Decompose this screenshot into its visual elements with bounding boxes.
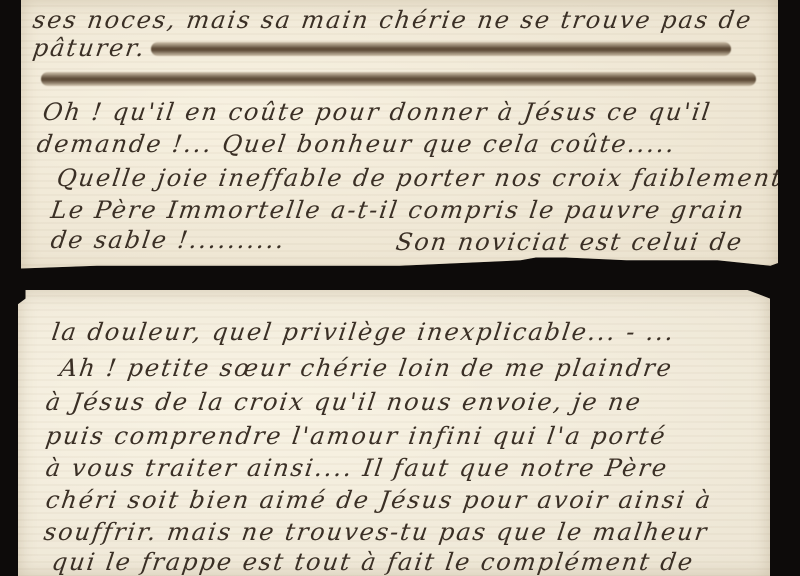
handwritten-line: Ah ! petite sœur chérie loin de me plain… xyxy=(58,354,675,382)
handwritten-line: Quelle joie ineffable de porter nos croi… xyxy=(55,164,785,192)
handwritten-line: pâturer. xyxy=(31,34,148,62)
handwritten-line: chéri soit bien aimé de Jésus pour avoir… xyxy=(44,486,714,514)
handwritten-line: à vous traiter ainsi.... Il faut que not… xyxy=(44,454,670,482)
strikethrough-line xyxy=(151,42,731,56)
manuscript-scan: ses noces, mais sa main chérie ne se tro… xyxy=(0,0,800,576)
strikethrough-line xyxy=(41,72,756,86)
handwritten-line: souffrir. mais ne trouves-tu pas que le … xyxy=(42,518,710,546)
paper-fragment-top: ses noces, mais sa main chérie ne se tro… xyxy=(21,0,778,274)
handwritten-line: Son noviciat est celui de xyxy=(394,228,745,256)
handwritten-line: à Jésus de la croix qu'il nous envoie, j… xyxy=(44,388,644,416)
handwritten-line: Oh ! qu'il en coûte pour donner à Jésus … xyxy=(41,98,713,126)
handwritten-line: Le Père Immortelle a-t-il compris le pau… xyxy=(49,196,747,224)
handwritten-line: puis comprendre l'amour infini qui l'a p… xyxy=(44,422,668,450)
handwritten-line: demande !... Quel bonheur que cela coûte… xyxy=(35,130,678,158)
paper-fragment-bottom: la douleur, quel privilège inexplicable.… xyxy=(18,290,770,576)
handwritten-line: de sable !.......... xyxy=(49,226,288,254)
handwritten-line: ses noces, mais sa main chérie ne se tro… xyxy=(31,6,754,34)
handwritten-line: la douleur, quel privilège inexplicable.… xyxy=(50,318,677,346)
handwritten-line: qui le frappe est tout à fait le complém… xyxy=(50,548,696,576)
